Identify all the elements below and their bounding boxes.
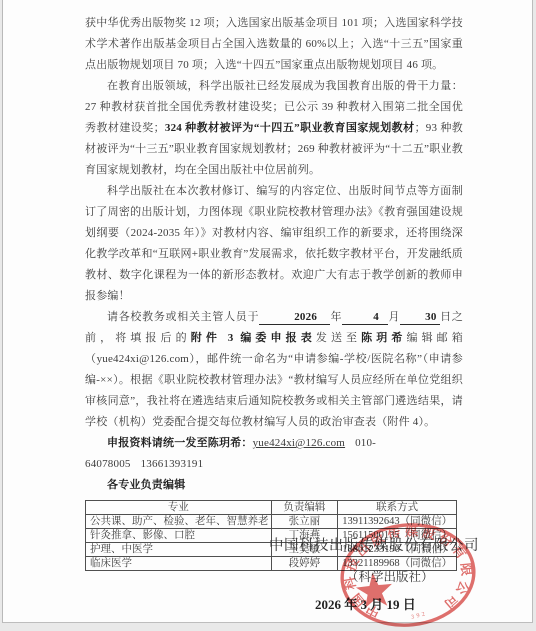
paragraph-publishing-plan: 科学出版社在本次教材修订、编写的内容定位、出版时间节点等方面制订了周密的出版计划… (85, 181, 463, 307)
cell-editor: 段婷婷 (271, 557, 338, 571)
text-run: 请各校教务或相关主管人员于 (107, 311, 259, 323)
cell-editor: 张立丽 (271, 515, 338, 529)
table-header-row: 专业 负责编辑 联系方式 (86, 501, 457, 515)
paragraph-application-instructions: 请各校教务或相关主管人员于2026年4月30日之前，将填报后的附件 3 编委申报… (85, 307, 463, 433)
cell-major: 护理、中医学 (86, 543, 272, 557)
text-run-bold: 324 种教材被评为“十四五”职业教育国家规划教材 (165, 122, 415, 134)
text-run-bold: 附件 3 编委申报表 (191, 332, 316, 344)
header-major: 专业 (86, 501, 272, 515)
contact-label: 申报资料请统一发至陈玥希： (107, 437, 253, 449)
table-row: 公共课、助产、检验、老年、智慧养老 张立丽 13911392643（同微信） (86, 515, 457, 529)
text-run: 月 (388, 311, 400, 323)
paragraph-awards: 获中华优秀出版物奖 12 项；入选国家出版基金项目 101 项；入选国家科学技术… (85, 13, 463, 76)
text-run: 发送至 (316, 332, 361, 344)
document-body: 获中华优秀出版物奖 12 项；入选国家出版基金项目 101 项；入选国家科学技术… (85, 13, 463, 571)
cell-contact: 13911392643（同微信） (338, 515, 457, 529)
cell-major: 针灸推拿、影像、口腔 (86, 529, 272, 543)
signature-company-name: 中国科技出版传媒股份有限公司 (269, 534, 479, 555)
month-blank: 4 (342, 310, 388, 325)
text-run: 年 (330, 311, 342, 323)
header-contact: 联系方式 (338, 501, 457, 515)
document-page: 获中华优秀出版物奖 12 项；入选国家出版基金项目 101 项；入选国家科学技术… (2, 0, 533, 623)
contact-email: yue424xi@126.com (253, 437, 345, 449)
header-editor: 负责编辑 (271, 501, 338, 515)
text-run: 编辑邮箱（yue424xi@126.com），邮件统一命名为“申请参编-学校/医… (85, 332, 463, 428)
contact-line: 申报资料请统一发至陈玥希：yue424xi@126.com010-6407800… (85, 433, 463, 475)
signature-press-name: （科学出版社） (346, 567, 434, 585)
paragraph-education-publishing: 在教育出版领域，科学出版社已经发展成为我国教育出版的骨干力量：27 种教材获首批… (85, 76, 463, 181)
cell-major: 公共课、助产、检验、老年、智慧养老 (86, 515, 272, 529)
signature-date: 2026 年 3 月 19 日 (315, 594, 416, 613)
text-run-bold: 陈玥希 (361, 332, 406, 344)
editors-section-title: 各专业负责编辑 (85, 475, 463, 496)
contact-mobile: 13661393191 (141, 458, 204, 470)
day-blank: 30 (400, 310, 439, 325)
year-blank: 2026 (259, 310, 330, 325)
cell-major: 临床医学 (86, 557, 272, 571)
